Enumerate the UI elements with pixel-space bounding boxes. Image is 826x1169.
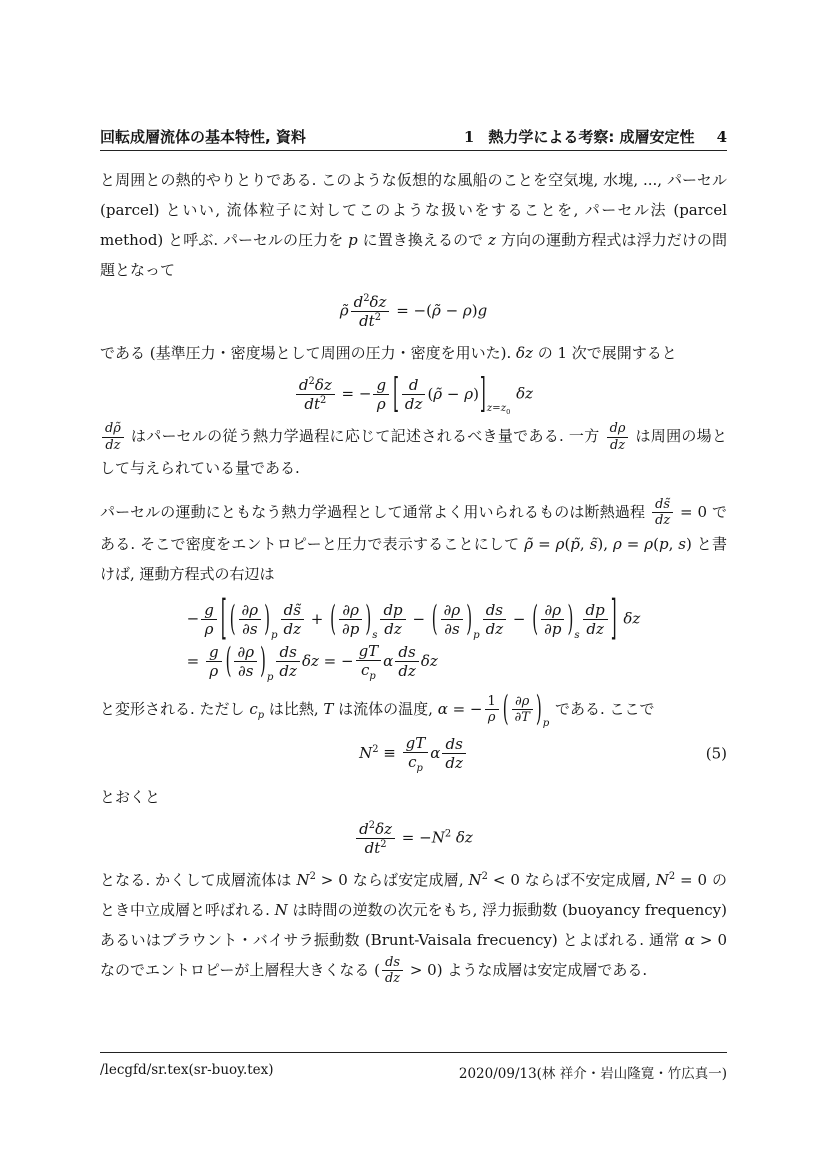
math-var: dz bbox=[385, 971, 400, 986]
math-var: ρ bbox=[463, 302, 472, 320]
math-var: T bbox=[323, 700, 333, 718]
paragraph-adiabatic: パーセルの運動にともなう熱力学過程として通常よく用いられるものは断熱過程 ds̃… bbox=[100, 497, 727, 589]
numerator: dp bbox=[380, 601, 405, 619]
fenced-group: (∂ρ∂s) bbox=[431, 601, 473, 638]
fraction: ddz bbox=[402, 376, 426, 413]
fraction: dsdz bbox=[382, 955, 403, 987]
paren-group: (∂ρ∂s)p bbox=[431, 601, 480, 638]
math-var: ∂p bbox=[342, 620, 359, 638]
fraction: gρ bbox=[373, 376, 389, 413]
math-var: ∂s bbox=[444, 620, 459, 638]
equation-rhs-line1: −gρ[(∂ρ∂s)pds̃dz + (∂ρ∂p)sdpdz − (∂ρ∂s)p… bbox=[187, 601, 641, 638]
math-var: ∂ρ bbox=[544, 601, 561, 619]
group-subscript: p bbox=[543, 719, 550, 729]
math-var: δz bbox=[456, 828, 473, 846]
fraction: ∂ρ∂s bbox=[239, 601, 262, 638]
fraction: ∂ρ∂s bbox=[441, 601, 464, 638]
math-var: dz bbox=[398, 662, 416, 680]
math-var: dz bbox=[284, 620, 302, 638]
fraction: dsdz bbox=[442, 735, 466, 772]
math-var: s bbox=[574, 630, 579, 641]
math-var: α bbox=[685, 931, 695, 949]
numerator: ds bbox=[483, 601, 507, 619]
subscript: 0 bbox=[506, 408, 510, 416]
fraction: ∂ρ∂s bbox=[234, 643, 257, 680]
superscript: 2 bbox=[669, 871, 675, 882]
math-var: dp bbox=[383, 601, 402, 619]
close-fence: ] bbox=[610, 596, 618, 643]
math-var: ρ bbox=[556, 535, 565, 553]
open-fence: ( bbox=[225, 645, 233, 680]
math-var: dt bbox=[365, 839, 381, 857]
math-var: N bbox=[469, 871, 482, 889]
math-var: ∂ρ bbox=[515, 694, 529, 709]
math-var: ρ bbox=[205, 620, 214, 638]
group-content: ddz(ρ̃ − ρ) bbox=[400, 376, 479, 413]
paragraph-transform: と変形される. ただし cp は比熱, T は流体の温度, α = −1ρ(∂ρ… bbox=[100, 694, 727, 726]
header-page-number: 4 bbox=[717, 128, 727, 146]
math-var: ρ bbox=[613, 535, 622, 553]
denominator: dz bbox=[102, 437, 124, 453]
math-var: α bbox=[430, 744, 440, 762]
superscript: 2 bbox=[375, 312, 381, 323]
math-var: N bbox=[656, 871, 669, 889]
footer-source-file: /lecgfd/sr.tex(sr-buoy.tex) bbox=[100, 1062, 274, 1082]
close-fence: ) bbox=[566, 602, 574, 637]
math-var: ρ bbox=[644, 535, 653, 553]
numerator: d2δz bbox=[296, 376, 335, 394]
math-var: ρ̃ bbox=[340, 302, 349, 320]
math-var: dz bbox=[405, 395, 423, 413]
math-var: g bbox=[209, 643, 219, 661]
denominator: ρ bbox=[206, 661, 222, 680]
denominator: dz bbox=[442, 753, 466, 772]
superscript: 2 bbox=[372, 744, 378, 755]
fenced-group: (∂ρ∂p) bbox=[329, 601, 372, 638]
numerator: g bbox=[201, 601, 217, 619]
close-fence: ) bbox=[364, 602, 372, 637]
math-var: ρ̃ bbox=[433, 385, 442, 405]
math-var: N bbox=[432, 828, 445, 846]
denominator: dz bbox=[276, 661, 300, 680]
math-var: N bbox=[275, 901, 288, 919]
fraction: ∂ρ∂T bbox=[512, 694, 533, 726]
denominator: ∂s bbox=[234, 661, 257, 680]
group-content: (∂ρ∂s)pds̃dz + (∂ρ∂p)sdpdz − (∂ρ∂s)pdsdz… bbox=[228, 601, 610, 638]
superscript: 2 bbox=[445, 828, 451, 839]
math-var: α bbox=[438, 700, 448, 718]
math-var: g bbox=[478, 302, 488, 320]
footer-date-authors: 2020/09/13(林 祥介・岩山隆寛・竹広真一) bbox=[459, 1062, 727, 1082]
header-section: 1 熱力学による考察: 成層安定性 bbox=[464, 126, 695, 147]
numerator: ds bbox=[276, 643, 300, 661]
numerator: d2δz bbox=[356, 820, 395, 838]
math-var: ds bbox=[398, 643, 415, 661]
fraction: d2δzdt2 bbox=[296, 376, 335, 413]
superscript: 2 bbox=[320, 395, 326, 406]
math-var: ds̃ bbox=[655, 497, 670, 512]
numerator: dp bbox=[583, 601, 608, 619]
math-var: p bbox=[271, 630, 278, 641]
math-var: g bbox=[204, 601, 214, 619]
numerator: dρ bbox=[607, 421, 629, 436]
bracket-group: [(∂ρ∂s)pds̃dz + (∂ρ∂p)sdpdz − (∂ρ∂s)pdsd… bbox=[220, 601, 618, 638]
math-var: dz bbox=[586, 620, 604, 638]
math-var: d bbox=[354, 293, 364, 311]
denominator: ρ bbox=[201, 619, 217, 638]
math-var: s bbox=[678, 535, 686, 553]
superscript: 2 bbox=[380, 839, 386, 850]
numerator: ∂ρ bbox=[441, 601, 464, 619]
fraction: gρ bbox=[206, 643, 222, 680]
denominator: ∂p bbox=[339, 619, 362, 638]
math-var: p bbox=[416, 763, 422, 774]
numerator: d bbox=[402, 376, 426, 394]
math-var: s̃ bbox=[590, 535, 598, 553]
equation-oscillation: d2δzdt2 = −N2 δz bbox=[100, 820, 727, 857]
math-var: ∂s bbox=[242, 620, 257, 638]
math-var: δz bbox=[516, 344, 533, 362]
math-var: p bbox=[659, 535, 669, 553]
math-var: p̃ bbox=[570, 535, 580, 553]
fraction: dpdz bbox=[380, 601, 405, 638]
fenced-group: [(∂ρ∂s)pds̃dz + (∂ρ∂p)sdpdz − (∂ρ∂s)pdsd… bbox=[220, 601, 618, 638]
group-content: ∂ρ∂p bbox=[337, 601, 364, 638]
math-var: ∂ρ bbox=[444, 601, 461, 619]
equation-linearized: d2δzdt2 = −gρ[ddz(ρ̃ − ρ)]z=z0 δz bbox=[100, 376, 727, 413]
open-fence: ( bbox=[229, 602, 237, 637]
math-var: α bbox=[383, 652, 393, 670]
math-var: ds bbox=[486, 601, 503, 619]
page-footer: /lecgfd/sr.tex(sr-buoy.tex) 2020/09/13(林… bbox=[100, 1052, 727, 1082]
numerator: ds bbox=[382, 955, 403, 970]
group-subscript: p bbox=[267, 673, 274, 683]
math-var: c bbox=[249, 700, 257, 718]
math-var: ρ bbox=[464, 385, 473, 405]
fraction: d2δzdt2 bbox=[351, 293, 390, 330]
fraction: 1ρ bbox=[485, 694, 499, 726]
math-var: z bbox=[487, 403, 492, 414]
math-var: δz bbox=[315, 376, 332, 394]
fraction: gTcp bbox=[403, 734, 429, 774]
math-var: N bbox=[296, 871, 309, 889]
numerator: ds bbox=[395, 643, 419, 661]
math-var: dz bbox=[486, 620, 504, 638]
page-header: 回転成層流体の基本特性, 資料 1 熱力学による考察: 成層安定性 4 bbox=[100, 126, 727, 147]
math-var: ρ bbox=[377, 395, 386, 413]
math-var: p bbox=[258, 710, 264, 721]
superscript: 2 bbox=[482, 871, 488, 882]
math-var: ∂T bbox=[515, 710, 530, 725]
math-var: ρ̃ bbox=[432, 302, 441, 320]
paragraph-stability: となる. かくして成層流体は N2 > 0 ならば安定成層, N2 < 0 なら… bbox=[100, 865, 727, 987]
numerator: ∂ρ bbox=[541, 601, 564, 619]
equation-rhs-expanded: −gρ[(∂ρ∂s)pds̃dz + (∂ρ∂p)sdpdz − (∂ρ∂s)p… bbox=[100, 597, 727, 686]
numerator: dρ̃ bbox=[102, 421, 124, 436]
equation-rhs-line2: = gρ(∂ρ∂s)pdsdzδz = −gTcpαdsdzδz bbox=[187, 642, 641, 682]
close-fence: ) bbox=[263, 602, 271, 637]
math-var: ds bbox=[385, 955, 400, 970]
fraction: dsdz bbox=[276, 643, 300, 680]
math-var: ∂p bbox=[544, 620, 561, 638]
math-var: p bbox=[369, 671, 375, 682]
fenced-group: (∂ρ∂s) bbox=[229, 601, 271, 638]
group-content: ∂ρ∂T bbox=[510, 694, 535, 726]
group-content: ∂ρ∂s bbox=[237, 601, 264, 638]
math-var: ds bbox=[445, 735, 462, 753]
math-var: gT bbox=[406, 734, 426, 752]
group-subscript: z=z0 bbox=[487, 404, 511, 416]
math-var: gT bbox=[359, 642, 379, 660]
math-var: dz bbox=[384, 620, 402, 638]
math-var: dz bbox=[105, 438, 120, 453]
denominator: ∂T bbox=[512, 709, 533, 725]
fraction: ds̃dz bbox=[281, 601, 305, 638]
open-fence: [ bbox=[220, 596, 228, 643]
fraction: gTcp bbox=[356, 642, 382, 682]
math-var: d bbox=[359, 820, 369, 838]
close-fence: ) bbox=[259, 645, 267, 680]
numerator: d2δz bbox=[351, 293, 390, 311]
paren-group: (∂ρ∂p)s bbox=[531, 601, 579, 638]
fraction: ∂ρ∂p bbox=[339, 601, 362, 638]
denominator: dz bbox=[395, 661, 419, 680]
math-var: ρ̃ bbox=[524, 535, 533, 553]
group-subscript: p bbox=[271, 631, 278, 641]
fraction: dsdz bbox=[483, 601, 507, 638]
math-var: dz bbox=[610, 438, 625, 453]
math-var: dz bbox=[655, 513, 670, 528]
denominator: dz bbox=[380, 619, 405, 638]
numerator: g bbox=[373, 376, 389, 394]
math-var: δz bbox=[370, 293, 387, 311]
paragraph-parcel-method: と周囲との熱的やりとりである. このような仮想的な風船のことを空気塊, 水塊, … bbox=[100, 165, 727, 285]
header-section-number: 1 bbox=[464, 128, 474, 146]
open-fence: ( bbox=[329, 602, 337, 637]
header-section-title: 熱力学による考察: 成層安定性 bbox=[488, 126, 694, 147]
group-content: ∂ρ∂p bbox=[539, 601, 566, 638]
paragraph-basic-state: である (基準圧力・密度場として周囲の圧力・密度を用いた). δz の 1 次で… bbox=[100, 338, 727, 368]
fenced-group: (∂ρ∂T) bbox=[502, 694, 543, 726]
math-var: ∂s bbox=[238, 662, 253, 680]
open-fence: ( bbox=[502, 693, 510, 728]
subscript: p bbox=[416, 763, 422, 774]
numerator: ∂ρ bbox=[239, 601, 262, 619]
equation-number: (5) bbox=[706, 744, 727, 764]
math-var: dz bbox=[445, 754, 463, 772]
group-subscript: p bbox=[473, 631, 480, 641]
close-fence: ) bbox=[465, 602, 473, 637]
denominator: dz bbox=[583, 619, 608, 638]
numerator: ∂ρ bbox=[339, 601, 362, 619]
denominator: dt2 bbox=[296, 394, 335, 413]
math-var: dρ bbox=[610, 421, 626, 436]
fenced-group: (∂ρ∂s) bbox=[225, 643, 267, 680]
fraction: dpdz bbox=[583, 601, 608, 638]
paragraph-define: とおくと bbox=[100, 782, 727, 812]
denominator: dz bbox=[281, 619, 305, 638]
header-rule bbox=[100, 150, 727, 151]
denominator: ρ bbox=[485, 709, 499, 725]
math-var: δz bbox=[302, 652, 319, 670]
close-fence: ] bbox=[479, 374, 487, 415]
math-var: d bbox=[299, 376, 309, 394]
denominator: dt2 bbox=[356, 838, 395, 857]
math-var: p bbox=[543, 718, 550, 729]
denominator: dz bbox=[382, 970, 403, 986]
math-var: p bbox=[348, 231, 358, 249]
fraction: dρdz bbox=[607, 421, 629, 453]
paren-group: (∂ρ∂p)s bbox=[329, 601, 377, 638]
numerator: ds̃ bbox=[652, 497, 673, 512]
math-var: dρ̃ bbox=[105, 421, 121, 436]
numerator: ∂ρ bbox=[512, 694, 533, 709]
paren-group: (∂ρ∂s)p bbox=[229, 601, 278, 638]
math-var: dt bbox=[359, 312, 375, 330]
open-fence: [ bbox=[392, 374, 400, 415]
fenced-group: (∂ρ∂p) bbox=[531, 601, 574, 638]
denominator: dz bbox=[402, 394, 426, 413]
open-fence: ( bbox=[431, 602, 439, 637]
denominator: dz bbox=[652, 512, 673, 528]
math-var: ρ bbox=[488, 710, 496, 725]
fraction: ∂ρ∂p bbox=[541, 601, 564, 638]
open-fence: ( bbox=[531, 602, 539, 637]
math-var: s bbox=[372, 630, 377, 641]
math-var: ds̃ bbox=[284, 601, 301, 619]
denominator: ρ bbox=[373, 394, 389, 413]
fraction: dρ̃dz bbox=[102, 421, 124, 453]
math-var: p bbox=[267, 672, 274, 683]
bracket-group: [ddz(ρ̃ − ρ)]z=z0 bbox=[392, 376, 510, 413]
close-fence: ) bbox=[535, 693, 543, 728]
math-var: dt bbox=[304, 395, 320, 413]
fraction: d2δzdt2 bbox=[356, 820, 395, 857]
header-document-title: 回転成層流体の基本特性, 資料 bbox=[100, 126, 306, 147]
math-var: N bbox=[359, 744, 372, 762]
group-content: ∂ρ∂s bbox=[232, 643, 259, 680]
denominator: cp bbox=[356, 660, 382, 682]
math-var: dp bbox=[586, 601, 605, 619]
math-var: g bbox=[376, 376, 386, 394]
fraction: dsdz bbox=[395, 643, 419, 680]
math-var: ρ bbox=[209, 662, 218, 680]
math-var: ds bbox=[280, 643, 297, 661]
math-var: ∂ρ bbox=[237, 643, 254, 661]
denominator: ∂s bbox=[441, 619, 464, 638]
math-var: dz bbox=[279, 662, 297, 680]
math-var: δz bbox=[375, 820, 392, 838]
numerator: g bbox=[206, 643, 222, 661]
equation-content: N2 ≡ gTcpαdsdz bbox=[359, 744, 468, 762]
fraction: ds̃dz bbox=[652, 497, 673, 529]
numerator: ds̃ bbox=[281, 601, 305, 619]
equation-lines: −gρ[(∂ρ∂s)pds̃dz + (∂ρ∂p)sdpdz − (∂ρ∂s)p… bbox=[187, 597, 641, 686]
math-var: δz bbox=[623, 609, 640, 627]
equation-buoyancy-frequency-def: N2 ≡ gTcpαdsdz (5) bbox=[100, 734, 727, 774]
page-content: 回転成層流体の基本特性, 資料 1 熱力学による考察: 成層安定性 4 と周囲と… bbox=[100, 126, 727, 987]
denominator: cp bbox=[403, 752, 429, 774]
subscript: p bbox=[369, 671, 375, 682]
math-var: z bbox=[488, 231, 496, 249]
denominator: ∂p bbox=[541, 619, 564, 638]
paren-group: (∂ρ∂T)p bbox=[502, 694, 550, 726]
numerator: 1 bbox=[485, 694, 499, 709]
math-var: p bbox=[473, 630, 480, 641]
math-var: d bbox=[409, 376, 419, 394]
fraction: gρ bbox=[201, 601, 217, 638]
numerator: gT bbox=[403, 734, 429, 752]
document-page: 回転成層流体の基本特性, 資料 1 熱力学による考察: 成層安定性 4 と周囲と… bbox=[0, 0, 826, 1169]
math-var: δz bbox=[516, 385, 533, 403]
equation-parcel-motion: ρ̃d2δzdt2 = −(ρ̃ − ρ)g bbox=[100, 293, 727, 330]
math-var: ∂ρ bbox=[342, 601, 359, 619]
math-var: δz bbox=[421, 652, 438, 670]
paren-group: (∂ρ∂s)p bbox=[225, 643, 274, 680]
group-subscript: s bbox=[372, 631, 377, 641]
numerator: ∂ρ bbox=[234, 643, 257, 661]
denominator: dt2 bbox=[351, 311, 390, 330]
fenced-group: [ddz(ρ̃ − ρ)] bbox=[392, 376, 487, 413]
superscript: 2 bbox=[310, 871, 316, 882]
denominator: dz bbox=[483, 619, 507, 638]
subscript: p bbox=[258, 710, 264, 721]
group-content: ∂ρ∂s bbox=[439, 601, 466, 638]
numerator: ds bbox=[442, 735, 466, 753]
numerator: gT bbox=[356, 642, 382, 660]
paragraph-thermo-process: dρ̃dz はパーセルの従う熱力学過程に応じて記述されるべき量である. 一方 d… bbox=[100, 421, 727, 483]
math-var: ∂ρ bbox=[242, 601, 259, 619]
denominator: ∂s bbox=[239, 619, 262, 638]
denominator: dz bbox=[607, 437, 629, 453]
group-subscript: s bbox=[574, 631, 579, 641]
